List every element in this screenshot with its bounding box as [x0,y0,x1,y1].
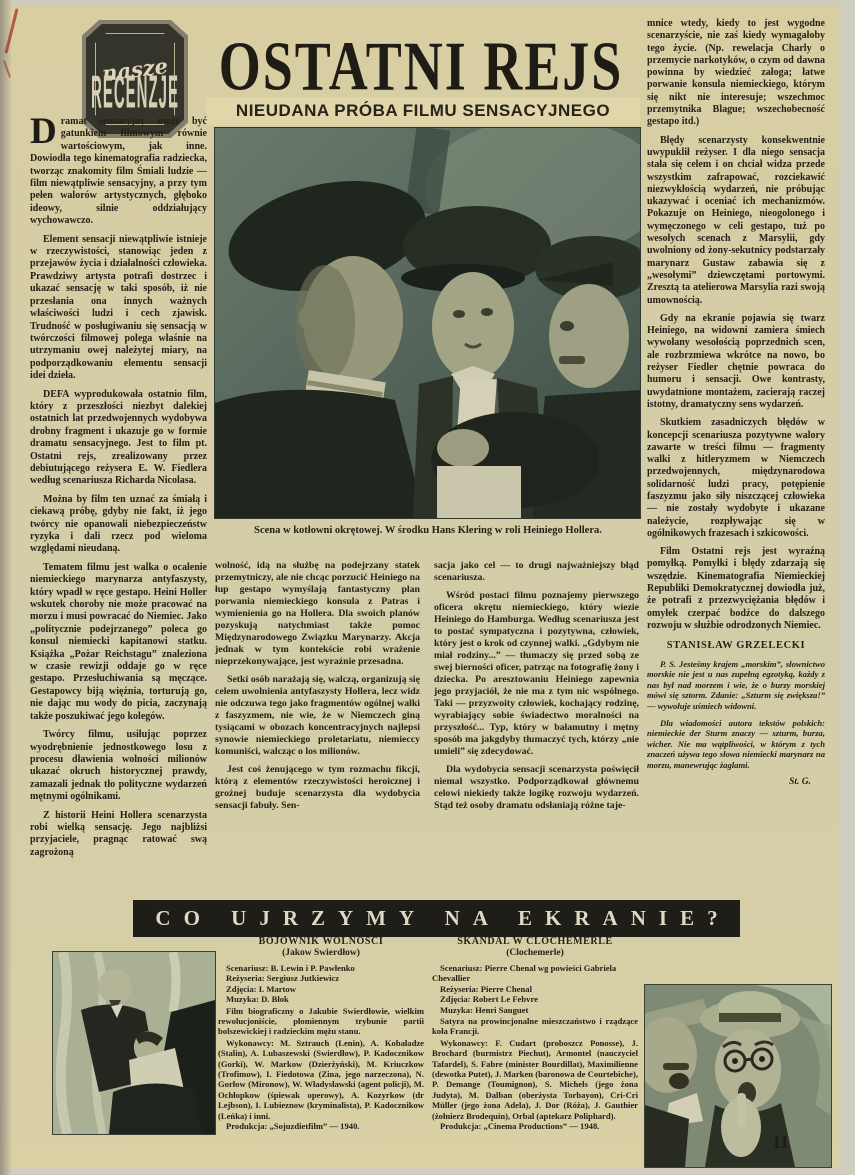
lenin-swierdlow-scene-illustration [53,952,215,1134]
credit-line-rezyseria: Reżyseria: Pierre Chenal [432,984,638,994]
postscript-signature: St. G. [647,776,825,788]
paragraph: Skutkiem zasadniczych błędów w koncepcji… [647,417,825,540]
clochemerle-photo [645,985,831,1167]
paragraph: Z historii Heini Hollera scenarzysta rob… [30,810,207,860]
paragraph: Dla wydobycia sensacji scenarzysta poświ… [434,764,639,812]
column-1: Dramat sensacyjny może być gatunkiem fil… [30,116,207,896]
scan-edge-bottom [0,1168,855,1175]
film-production: Produkcja: „Sojuzdietfilm” — 1940. [218,1121,424,1131]
scan-edge-right [839,0,855,1175]
paragraph: Błędy scenarzysty konsekwentnie uwypukli… [647,135,825,307]
paragraph: Jest coś żenującego w tym rozmachu fikcj… [215,764,420,812]
paragraph: Wśród postaci filmu poznajemy pierwszego… [434,590,639,758]
film-title: BOJOWNIK WOLNOŚCI [218,936,424,948]
column-2: wolność, idą na służbę na podejrzany sta… [215,560,420,896]
film-block-bojownik-wolnosci: BOJOWNIK WOLNOŚCI (Jakow Swierdłow) Scen… [218,936,424,1168]
column-3: sacja jako cel — to drugi najważniejszy … [434,560,639,896]
paragraph: Tematem filmu jest walka o ocalenie niem… [30,562,207,723]
credit-line-zdjecia: Zdjęcia: Robert Le Febvre [432,994,638,1004]
column-4: mnice wtedy, kiedy to jest wygodne scena… [647,18,825,896]
section-banner: CO UJRZYMY NA EKRANIE? [133,900,740,937]
credit-line-rezyseria: Reżyseria: Sergiusz Jutkiewicz [218,973,424,983]
credit-line-scenariusz: Scenariusz: B. Lewin i P. Pawłenko [218,963,424,973]
page-number: 11 [772,1132,789,1153]
paragraph: wolność, idą na służbę na podejrzany sta… [215,560,420,668]
credit-line-muzyka: Muzyka: Henri Sauguet [432,1005,638,1015]
section-banner-text: CO UJRZYMY NA EKRANIE? [142,906,730,931]
film-title: SKANDAL W CLOCHEMERLE [432,936,638,948]
credit-line-zdjecia: Zdjęcia: I. Martow [218,984,424,994]
bojownik-wolnosci-photo [53,952,215,1134]
film-original-title: (Clochemerle) [432,948,638,959]
main-photo [215,128,640,518]
paragraph: Film Ostatni rejs jest wyraźną pomyłką. … [647,546,825,632]
film-description: Film biograficzny o Jakubie Swierdłowie,… [218,1006,424,1037]
film-block-skandal-w-clochemerle: SKANDAL W CLOCHEMERLE (Clochemerle) Scen… [432,936,638,1168]
center-columns: wolność, idą na służbę na podejrzany sta… [215,560,639,896]
article-subtitle: NIEUDANA PRÓBA FILMU SENSACYJNEGO [206,97,640,125]
paragraph: Dramat sensacyjny może być gatunkiem fil… [30,116,207,228]
paragraph: Twórcy filmu, usiłując poprzez wyodrębni… [30,729,207,803]
paragraph: sacja jako cel — to drugi najważniejszy … [434,560,639,584]
drop-cap: D [30,117,57,147]
film-description: Satyra na prowincjonalne mieszczaństwo i… [432,1016,638,1037]
film-cast: Wykonawcy: M. Sztrauch (Lenin), A. Kobał… [218,1038,424,1121]
paragraph: Element sensacji niewątpliwie istnieje w… [30,234,207,383]
film-cast: Wykonawcy: F. Cudart (proboszcz Ponosse)… [432,1038,638,1121]
boiler-room-scene-illustration [215,128,640,518]
postscript-paragraph: P. S. Jesteśmy krajem „morskim”, słownic… [647,659,825,712]
postscript-paragraph: Dla wiadomości autora tekstów polskich: … [647,718,825,771]
logo-word-recenzje: RECENZJE [91,70,179,117]
credit-line-muzyka: Muzyka: D. Błok [218,994,424,1004]
magazine-page: nasze RECENZJE OSTATNI REJS NIEUDANA PRÓ… [0,0,855,1175]
film-original-title: (Jakow Swierdłow) [218,948,424,959]
article-title: OSTATNI REJS [200,26,642,107]
photo-caption: Scena w kotłowni okrętowej. W środku Han… [228,524,628,537]
paragraph: mnice wtedy, kiedy to jest wygodne scena… [647,18,825,129]
paragraph: Setki osób narażają się, walczą, organiz… [215,674,420,758]
paragraph: Gdy na ekranie pojawia się twarz Heinieg… [647,313,825,411]
paragraph: Można by film ten uznać za śmiałą i ciek… [30,494,207,556]
scan-edge-top [0,0,855,6]
film-production: Produkcja: „Cinema Productions” — 1948. [432,1121,638,1131]
clochemerle-scene-illustration [645,985,831,1167]
scan-edge-left [0,0,12,1175]
paragraph: DEFA wyprodukowała ostatnio film, który … [30,389,207,488]
credit-line-scenariusz: Scenariusz: Pierre Chenal wg powieści Ga… [432,963,638,984]
author-signature: STANISŁAW GRZELECKI [647,640,825,652]
